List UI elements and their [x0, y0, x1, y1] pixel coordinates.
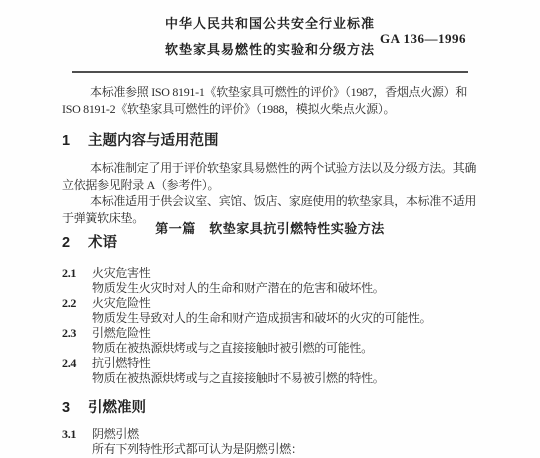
term-title: 抗引燃特性	[92, 356, 151, 370]
section-title: 主题内容与适用范围	[88, 133, 219, 149]
clause-text: 所有下列特性形式都可认为是阴燃引燃：	[62, 442, 478, 457]
terms-list: 2.1火灾危害性 物质发生火灾时对人的生命和财产潜在的危害和破坏性。 2.2火灾…	[62, 266, 478, 386]
term-definition: 物质发生火灾时对人的生命和财产潜在的危害和破坏性。	[62, 281, 478, 296]
foreword-paragraph: 本标准参照 ISO 8191-1《软垫家具可燃性的评价》（1987，香烟点火源）…	[62, 84, 478, 118]
term-heading: 2.2火灾危险性	[62, 296, 478, 311]
paragraph-line: 立依据参见附录 A（参考件）。	[62, 177, 478, 194]
paragraph-line: 本标准适用于供会议室、宾馆、饭店、家庭使用的软垫家具，本标准不适用	[62, 193, 478, 210]
term-number: 2.3	[62, 326, 92, 341]
term-title: 火灾危害性	[92, 266, 151, 280]
term-number: 2.4	[62, 356, 92, 371]
term-item: 2.2火灾危险性 物质发生导致对人的生命和财产造成损害和破坏的火灾的可能性。	[62, 296, 478, 326]
foreword-line: 本标准参照 ISO 8191-1《软垫家具可燃性的评价》（1987，香烟点火源）…	[62, 84, 478, 101]
section-number: 1	[62, 134, 88, 149]
part-1-heading: 第一篇 软垫家具抗引燃特性实验方法	[0, 221, 540, 236]
clause-3-1: 3.1阴燃引燃 所有下列特性形式都可认为是阴燃引燃：	[62, 427, 478, 457]
section-2-heading: 2术语	[62, 236, 117, 251]
header-divider	[72, 71, 468, 73]
section-number: 2	[62, 236, 88, 251]
term-heading: 2.4抗引燃特性	[62, 356, 478, 371]
paragraph-line: 本标准制定了用于评价软垫家具易燃性的两个试验方法以及分级方法。其确	[62, 160, 478, 177]
clause-number: 3.1	[62, 427, 92, 442]
term-title: 引燃危险性	[92, 326, 151, 340]
section-3-heading: 3引燃准则	[62, 401, 146, 416]
term-definition: 物质发生导致对人的生命和财产造成损害和破坏的火灾的可能性。	[62, 311, 478, 326]
term-definition: 物质在被热源烘烤或与之直接接触时被引燃的可能性。	[62, 341, 478, 356]
term-number: 2.2	[62, 296, 92, 311]
term-number: 2.1	[62, 266, 92, 281]
section-title: 引燃准则	[88, 400, 146, 416]
term-title: 火灾危险性	[92, 296, 151, 310]
term-item: 2.4抗引燃特性 物质在被热源烘烤或与之直接接触时不易被引燃的特性。	[62, 356, 478, 386]
term-heading: 2.1火灾危害性	[62, 266, 478, 281]
foreword-line: ISO 8191-2《软垫家具可燃性的评价》（1988，模拟火柴点火源）。	[62, 101, 478, 118]
section-number: 3	[62, 401, 88, 416]
clause-heading: 3.1阴燃引燃	[62, 427, 478, 442]
term-heading: 2.3引燃危险性	[62, 326, 478, 341]
term-item: 2.1火灾危害性 物质发生火灾时对人的生命和财产潜在的危害和破坏性。	[62, 266, 478, 296]
document-title: 软垫家具易燃性的实验和分级方法	[0, 42, 540, 57]
section-1-paragraph: 本标准制定了用于评价软垫家具易燃性的两个试验方法以及分级方法。其确 立依据参见附…	[62, 160, 478, 226]
document-page: 中华人民共和国公共安全行业标准 GA 136—1996 软垫家具易燃性的实验和分…	[0, 0, 540, 458]
term-item: 2.3引燃危险性 物质在被热源烘烤或与之直接接触时被引燃的可能性。	[62, 326, 478, 356]
clause-title: 阴燃引燃	[92, 427, 139, 441]
term-definition: 物质在被热源烘烤或与之直接接触时不易被引燃的特性。	[62, 371, 478, 386]
section-title: 术语	[88, 235, 117, 251]
standard-label: 中华人民共和国公共安全行业标准	[0, 16, 540, 31]
section-1-heading: 1主题内容与适用范围	[62, 134, 219, 149]
